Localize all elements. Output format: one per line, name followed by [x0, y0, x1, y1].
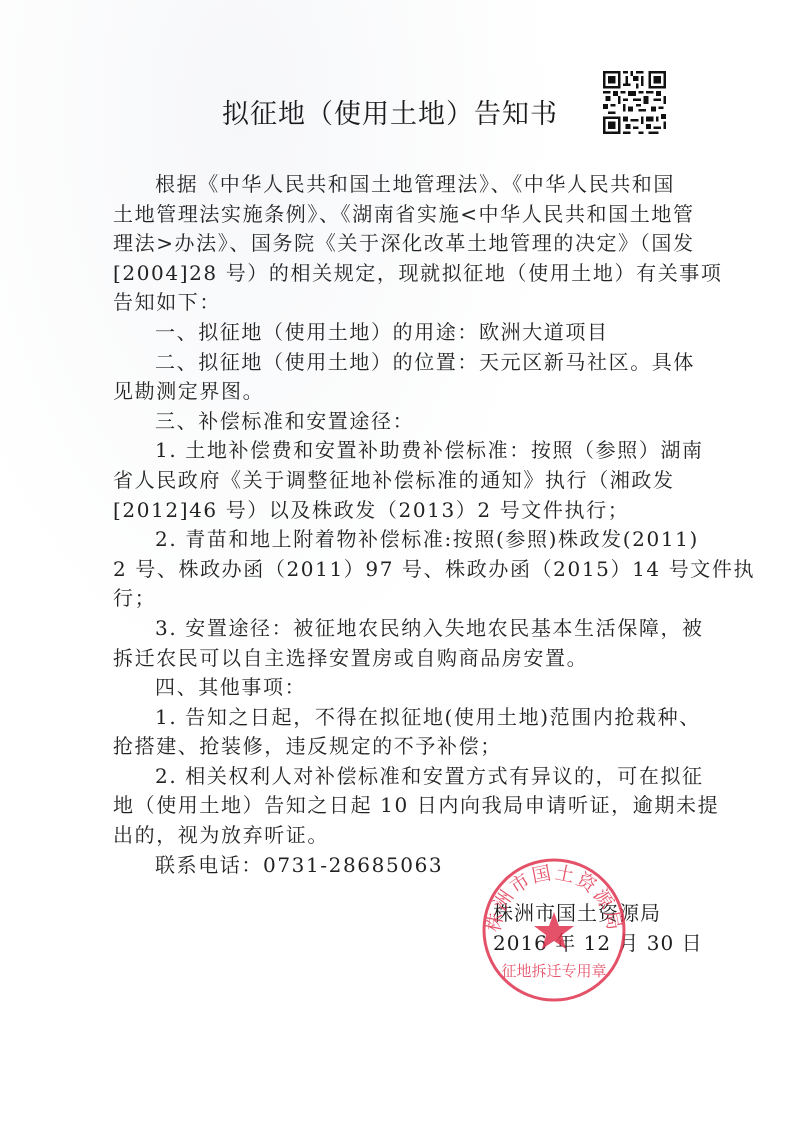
- document-title: 拟征地（使用土地）告知书: [222, 92, 558, 131]
- text-line: 地（使用土地）告知之日起 10 日内向我局申请听证，逾期未提: [113, 791, 698, 821]
- qr-code-icon[interactable]: [601, 71, 668, 134]
- signing-date: 2016 年 12 月 30 日: [493, 928, 703, 958]
- text-line: [2004]28 号）的相关规定，现就拟征地（使用土地）有关事项: [113, 259, 698, 289]
- section-compensation-heading: 三、补偿标准和安置途径：: [113, 407, 698, 437]
- text-line: 见勘测定界图。: [113, 377, 698, 407]
- signature-block: 株洲市国土资源局 2016 年 12 月 30 日: [493, 898, 703, 958]
- text-line: 告知如下：: [113, 288, 698, 318]
- text-line: 省人民政府《关于调整征地补偿标准的通知》执行（湘政发: [113, 466, 698, 496]
- text-line: 根据《中华人民共和国土地管理法》、《中华人民共和国: [113, 170, 698, 200]
- section-location: 二、拟征地（使用土地）的位置：天元区新马社区。具体: [113, 348, 698, 378]
- document-page: 拟征地（使用土地）告知书: [0, 0, 800, 1128]
- text-line: 土地管理法实施条例》、《湖南省实施<中华人民共和国土地管: [113, 200, 698, 230]
- text-line: 拆迁农民可以自主选择安置房或自购商品房安置。: [113, 644, 698, 674]
- other-item-2: 2. 相关权利人对补偿标准和安置方式有异议的，可在拟征: [113, 762, 698, 792]
- other-item-1: 1. 告知之日起，不得在拟征地(使用土地)范围内抢栽种、: [113, 703, 698, 733]
- contact-phone: 联系电话：0731-28685063: [113, 851, 698, 881]
- seal-inner-text: 征地拆迁专用章: [501, 962, 606, 980]
- text-line: 抢搭建、抢装修，违反规定的不予补偿；: [113, 732, 698, 762]
- document-body: 根据《中华人民共和国土地管理法》、《中华人民共和国 土地管理法实施条例》、《湖南…: [113, 170, 698, 880]
- signing-organization: 株洲市国土资源局: [493, 898, 703, 928]
- section-purpose: 一、拟征地（使用土地）的用途：欧洲大道项目: [113, 318, 698, 348]
- text-line: 理法>办法》、国务院《关于深化改革土地管理的决定》（国发: [113, 229, 698, 259]
- compensation-item-3: 3. 安置途径：被征地农民纳入失地农民基本生活保障，被: [113, 614, 698, 644]
- text-line: [2012]46 号）以及株政发（2013）2 号文件执行；: [113, 496, 698, 526]
- text-line: 2 号、株政办函（2011）97 号、株政办函（2015）14 号文件执: [113, 555, 698, 585]
- section-other-heading: 四、其他事项：: [113, 673, 698, 703]
- text-line: 行；: [113, 584, 698, 614]
- compensation-item-2: 2. 青苗和地上附着物补偿标准:按照(参照)株政发(2011): [113, 525, 698, 555]
- text-line: 出的，视为放弃听证。: [113, 821, 698, 851]
- compensation-item-1: 1. 土地补偿费和安置补助费补偿标准：按照（参照）湖南: [113, 436, 698, 466]
